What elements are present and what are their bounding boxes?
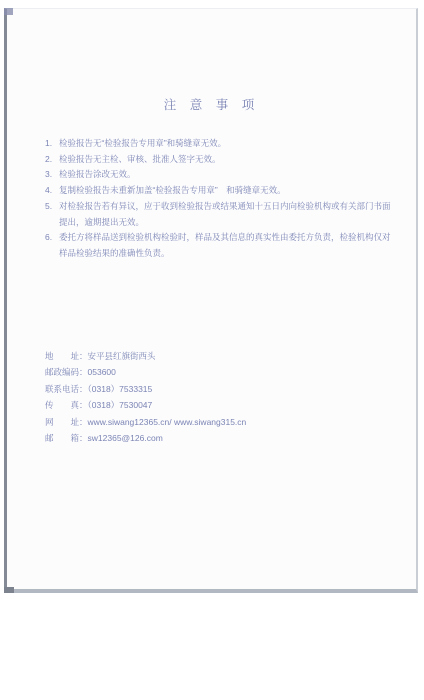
contact-value: （0318）7530047 [88, 400, 153, 410]
item-text: 复制检验报告未重新加盖“检验报告专用章” 和骑缝章无效。 [59, 183, 393, 199]
document-page: 注 意 事 项 1. 检验报告无“检验报告专用章”和骑缝章无效。 2. 检验报告… [4, 8, 418, 593]
page-title: 注 意 事 项 [7, 95, 416, 113]
item-number: 4. [45, 183, 59, 199]
scanned-document: 注 意 事 项 1. 检验报告无“检验报告专用章”和骑缝章无效。 2. 检验报告… [0, 0, 424, 700]
notice-item: 5. 对检验报告若有异议，应于收到检验报告或结果通知十五日内向检验机构或有关部门… [45, 199, 395, 230]
item-text: 检验报告无“检验报告专用章”和骑缝章无效。 [59, 136, 393, 152]
notice-item: 6. 委托方将样品送到检验机构检验时，样品及其信息的真实性由委托方负责，检验机构… [45, 230, 395, 261]
contact-value: sw12365@126.com [88, 433, 163, 443]
notice-item: 2. 检验报告无主检、审核、批准人签字无效。 [45, 152, 395, 168]
item-text: 检验报告涂改无效。 [59, 167, 393, 183]
contact-line-postcode: 邮政编码：053600 [45, 364, 246, 380]
notice-item: 3. 检验报告涂改无效。 [45, 167, 395, 183]
item-number: 2. [45, 152, 59, 168]
item-number: 1. [45, 136, 59, 152]
contact-label: 邮政编码： [45, 367, 88, 377]
item-text: 检验报告无主检、审核、批准人签字无效。 [59, 152, 393, 168]
contact-line-phone: 联系电话：（0318）7533315 [45, 381, 246, 397]
contact-line-email: 邮 箱：sw12365@126.com [45, 430, 246, 446]
item-text: 委托方将样品送到检验机构检验时，样品及其信息的真实性由委托方负责，检验机构仅对样… [59, 230, 393, 261]
item-number: 6. [45, 230, 59, 246]
notice-list: 1. 检验报告无“检验报告专用章”和骑缝章无效。 2. 检验报告无主检、审核、批… [45, 136, 395, 262]
contact-line-website: 网 址：www.siwang12365.cn/ www.siwang315.cn [45, 414, 246, 430]
notice-item: 4. 复制检验报告未重新加盖“检验报告专用章” 和骑缝章无效。 [45, 183, 395, 199]
contact-line-fax: 传 真：（0318）7530047 [45, 397, 246, 413]
item-number: 3. [45, 167, 59, 183]
contact-label: 地 址： [45, 351, 88, 361]
contact-line-address: 地 址：安平县红旗街西头 [45, 348, 246, 364]
contact-label: 联系电话： [45, 384, 88, 394]
contact-label: 邮 箱： [45, 433, 88, 443]
contact-value: 安平县红旗街西头 [88, 351, 156, 361]
contact-value: 053600 [88, 367, 116, 377]
item-number: 5. [45, 199, 59, 215]
contact-block: 地 址：安平县红旗街西头 邮政编码：053600 联系电话：（0318）7533… [45, 348, 246, 446]
notice-item: 1. 检验报告无“检验报告专用章”和骑缝章无效。 [45, 136, 395, 152]
contact-label: 传 真： [45, 400, 88, 410]
contact-value: （0318）7533315 [88, 384, 153, 394]
contact-label: 网 址： [45, 417, 88, 427]
item-text: 对检验报告若有异议，应于收到检验报告或结果通知十五日内向检验机构或有关部门书面提… [59, 199, 393, 230]
contact-value: www.siwang12365.cn/ www.siwang315.cn [88, 417, 247, 427]
